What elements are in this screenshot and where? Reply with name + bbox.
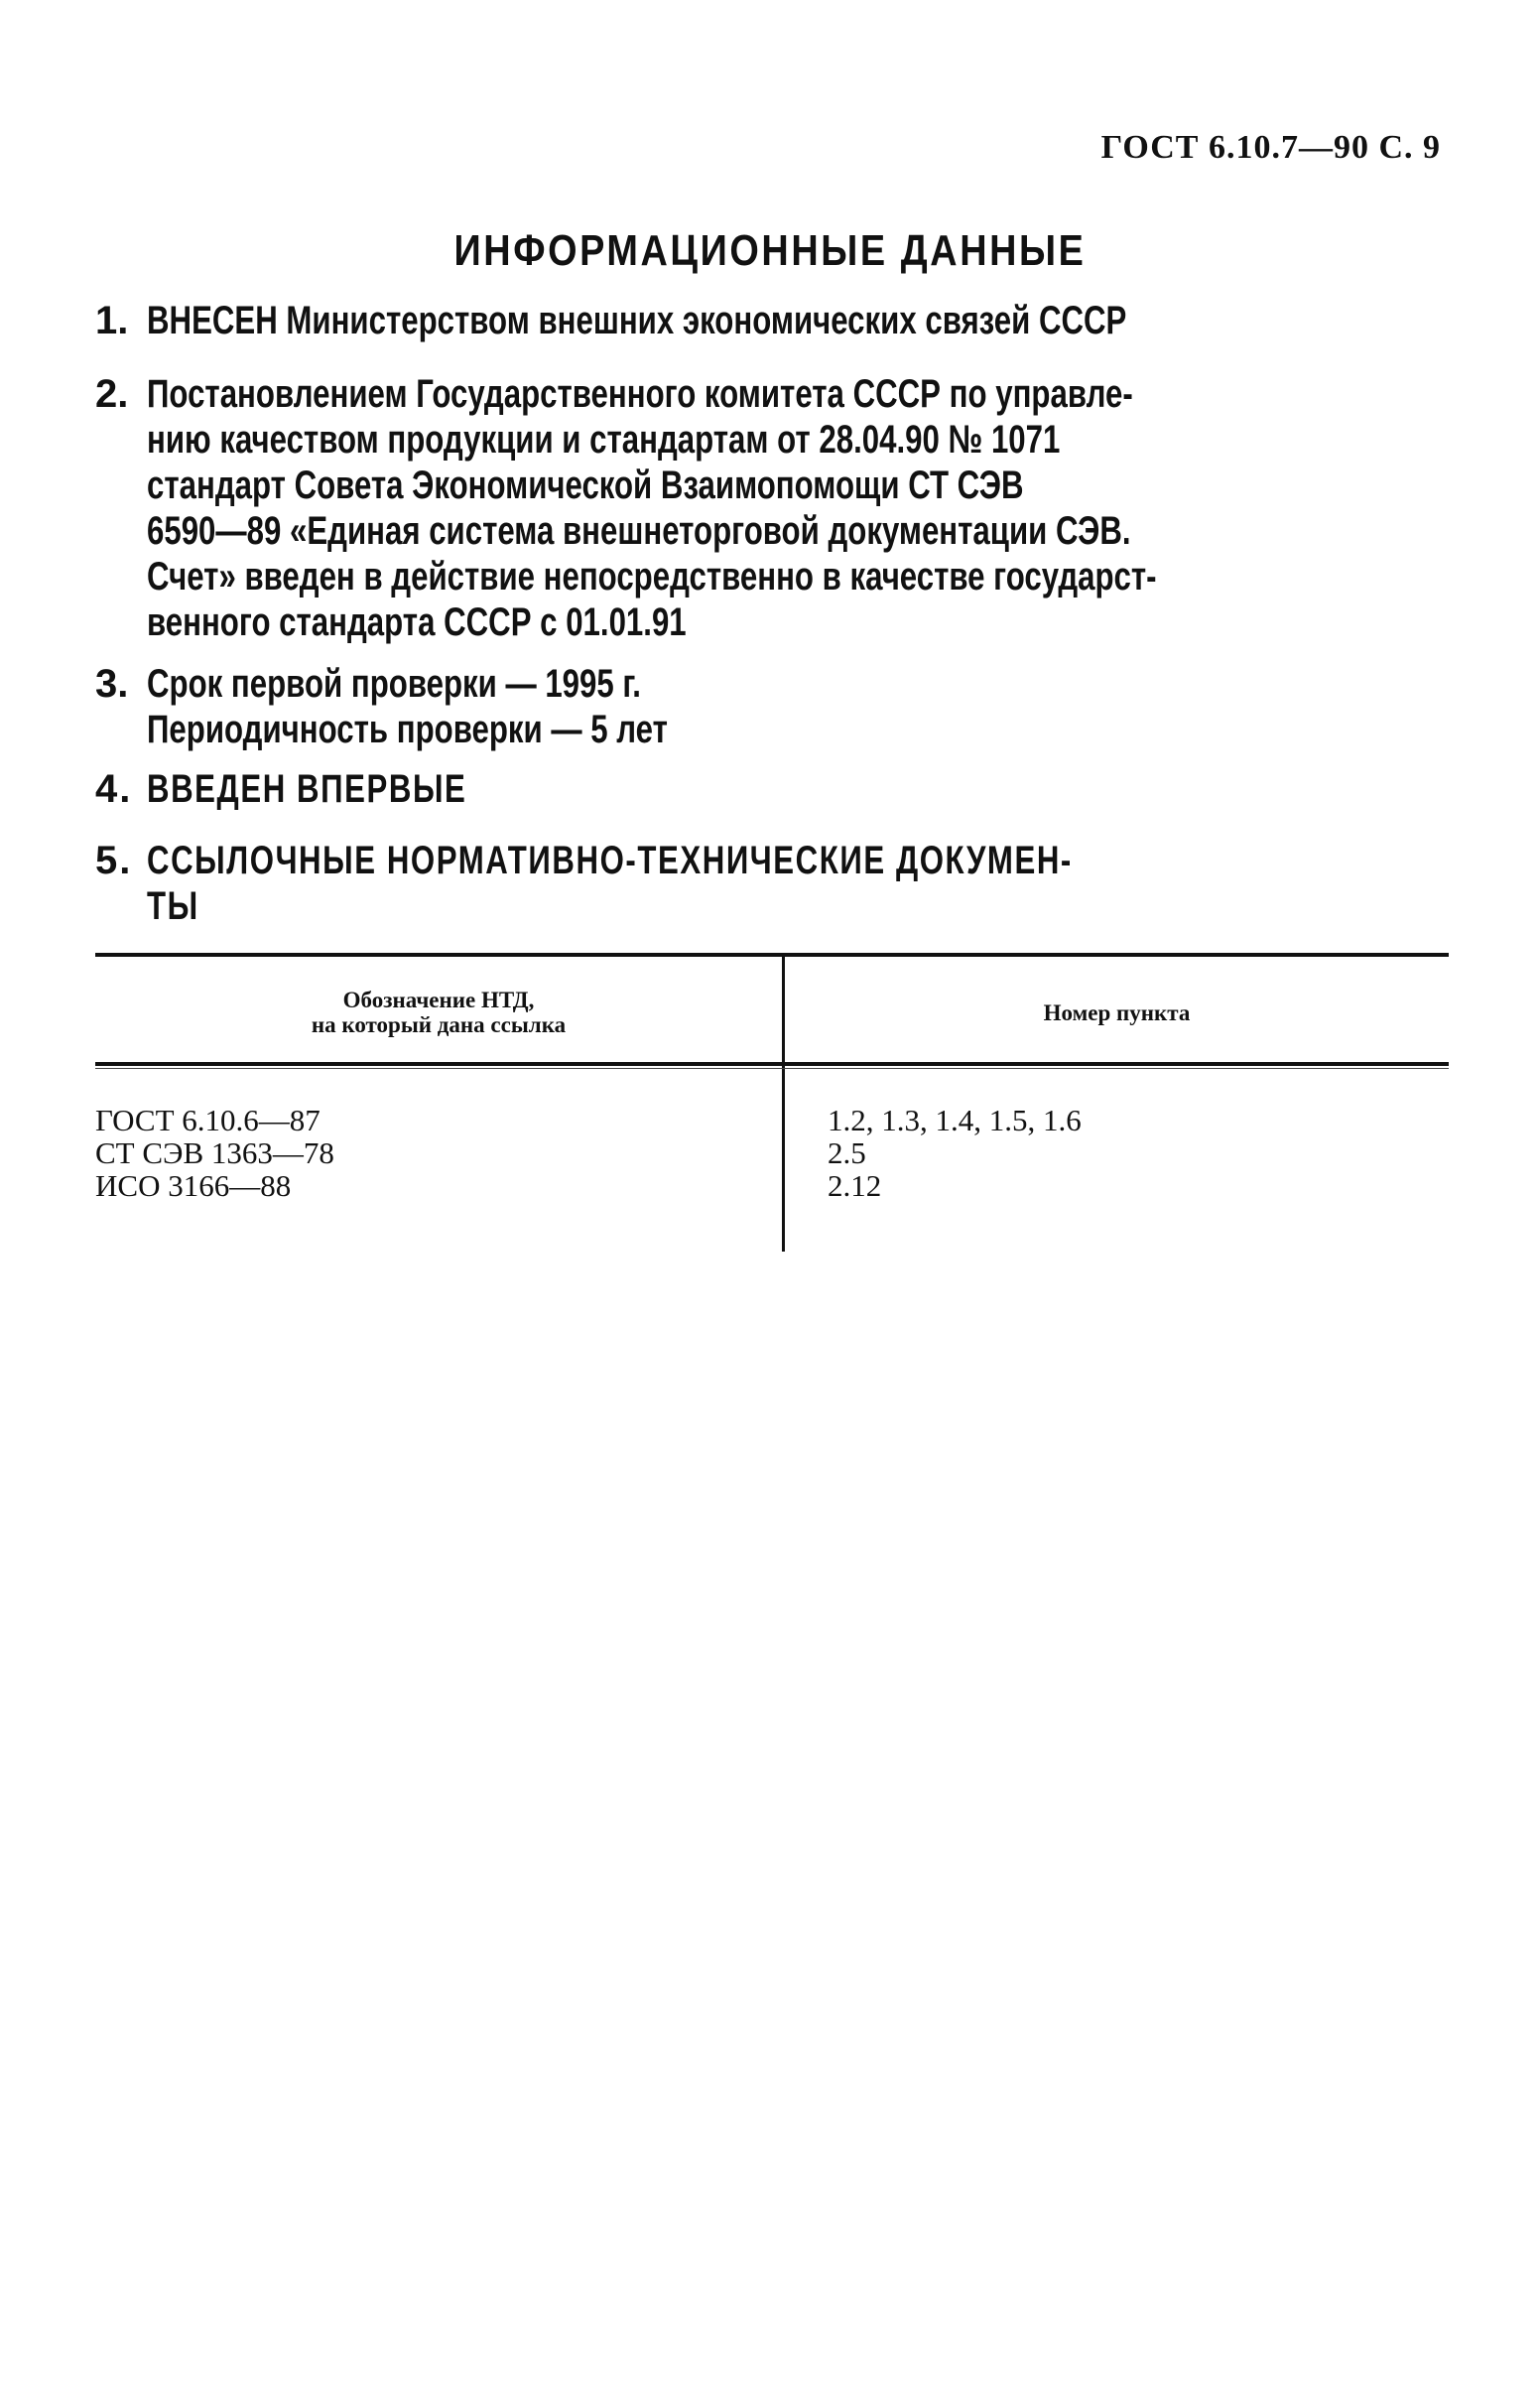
item-number: 3. [95,661,128,707]
info-item-5: 5. ССЫЛОЧНЫЕ НОРМАТИВНО-ТЕХНИЧЕСКИЕ ДОКУ… [95,838,1445,929]
item-number: 4. [95,766,132,812]
table-row: СТ СЭВ 1363—78 2.5 [95,1136,1449,1169]
item-line: венного стандарта СССР с 01.01.91 [147,599,1443,645]
item-text: ВВЕДЕН ВПЕРВЫЕ [147,766,1443,812]
info-item-2: 2. Постановлением Государственного комит… [95,371,1445,645]
item-line: ССЫЛОЧНЫЕ НОРМАТИВНО-ТЕХНИЧЕСКИЕ ДОКУМЕН… [147,838,1443,883]
item-line: Постановлением Государственного комитета… [147,371,1443,417]
cell-clauses: 2.12 [828,1169,881,1202]
item-line: 6590—89 «Единая система внешнеторговой д… [147,508,1443,554]
table-body: ГОСТ 6.10.6—87 1.2, 1.3, 1.4, 1.5, 1.6 С… [95,1104,1449,1202]
item-line: нию качеством продукции и стандартам от … [147,417,1443,463]
info-item-3: 3. Срок первой проверки — 1995 г. Период… [95,661,1445,752]
header-line: Обозначение НТД, [312,988,566,1012]
info-item-4: 4. ВВЕДЕН ВПЕРВЫЕ [95,766,1445,812]
item-line: стандарт Совета Экономической Взаимопомо… [147,463,1443,508]
item-number: 2. [95,371,128,417]
table-header-document: Обозначение НТД, на который дана ссылка [95,973,782,1052]
table-header-rule-thin [95,1068,1449,1069]
table-top-rule [95,953,1449,957]
item-number: 1. [95,298,128,343]
item-line: Периодичность проверки — 5 лет [147,707,1443,752]
table-row: ИСО 3166—88 2.12 [95,1169,1449,1202]
table-row: ГОСТ 6.10.6—87 1.2, 1.3, 1.4, 1.5, 1.6 [95,1104,1449,1136]
table-header-rule [95,1062,1449,1066]
cell-document: ИСО 3166—88 [95,1169,291,1202]
cell-clauses: 2.5 [828,1136,866,1169]
running-header: ГОСТ 6.10.7—90 С. 9 [1101,129,1441,167]
item-line: Срок первой проверки — 1995 г. [147,661,1443,707]
item-text: ВНЕСЕН Министерством внешних экономическ… [147,298,1443,343]
item-line: Счет» введен в действие непосредственно … [147,554,1443,599]
item-line: ТЫ [147,883,1443,929]
item-number: 5. [95,838,132,883]
cell-clauses: 1.2, 1.3, 1.4, 1.5, 1.6 [828,1104,1082,1136]
document-title: ИНФОРМАЦИОННЫЕ ДАННЫЕ [108,226,1433,276]
cell-document: ГОСТ 6.10.6—87 [95,1104,321,1136]
cell-document: СТ СЭВ 1363—78 [95,1136,334,1169]
header-line: на который дана ссылка [312,1012,566,1037]
table-header-clause: Номер пункта [785,973,1449,1052]
info-item-1: 1. ВНЕСЕН Министерством внешних экономич… [95,298,1445,343]
